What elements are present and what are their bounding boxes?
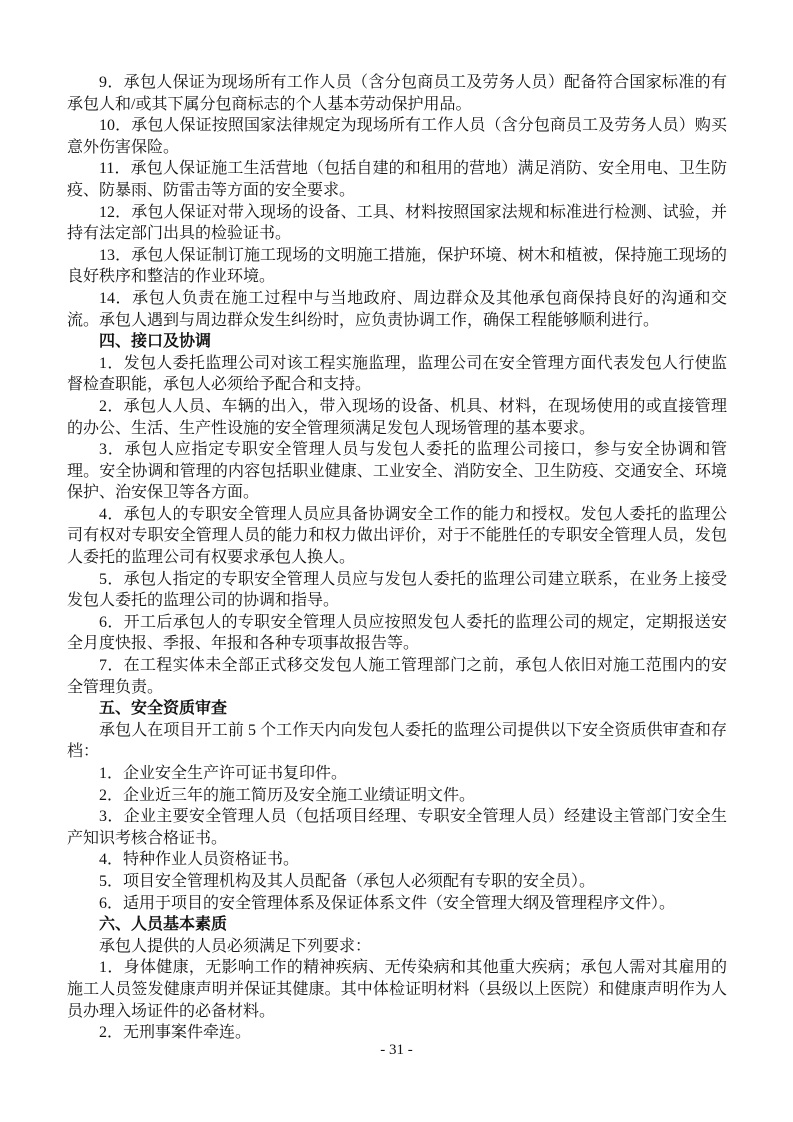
paragraph: 6．适用于项目的安全管理体系及保证体系文件（安全管理大纲及管理程序文件）。 <box>67 893 727 915</box>
section-heading: 六、人员基本素质 <box>67 914 727 936</box>
paragraph: 5．承包人指定的专职安全管理人员应与发包人委托的监理公司建立联系，在业务上接受发… <box>67 569 727 612</box>
paragraph: 4．承包人的专职安全管理人员应具备协调安全工作的能力和授权。发包人委托的监理公司… <box>67 504 727 569</box>
paragraph: 1．身体健康，无影响工作的精神疾病、无传染病和其他重大疾病；承包人需对其雇用的施… <box>67 957 727 1022</box>
section-heading: 四、接口及协调 <box>67 331 727 353</box>
page-number: - 31 - <box>0 1040 793 1060</box>
paragraph: 3．承包人应指定专职安全管理人员与发包人委托的监理公司接口，参与安全协调和管理。… <box>67 439 727 504</box>
paragraph: 12．承包人保证对带入现场的设备、工具、材料按照国家法规和标准进行检测、试验，并… <box>67 202 727 245</box>
document-page: 9．承包人保证为现场所有工作人员（含分包商员工及劳务人员）配备符合国家标准的有承… <box>0 0 793 1122</box>
paragraph: 7．在工程实体未全部正式移交发包人施工管理部门之前，承包人依旧对施工范围内的安全… <box>67 655 727 698</box>
paragraph: 14．承包人负责在施工过程中与当地政府、周边群众及其他承包商保持良好的沟通和交流… <box>67 288 727 331</box>
paragraph: 承包人提供的人员必须满足下列要求： <box>67 936 727 958</box>
paragraph: 5．项目安全管理机构及其人员配备（承包人必须配有专职的安全员）。 <box>67 871 727 893</box>
document-body: 9．承包人保证为现场所有工作人员（含分包商员工及劳务人员）配备符合国家标准的有承… <box>67 72 727 1044</box>
paragraph: 2．承包人人员、车辆的出入，带入现场的设备、机具、材料，在现场使用的或直接管理的… <box>67 396 727 439</box>
paragraph: 13．承包人保证制订施工现场的文明施工措施，保护环境、树木和植被，保持施工现场的… <box>67 245 727 288</box>
paragraph: 6．开工后承包人的专职安全管理人员应按照发包人委托的监理公司的规定，定期报送安全… <box>67 612 727 655</box>
paragraph: 1．发包人委托监理公司对该工程实施监理，监理公司在安全管理方面代表发包人行使监督… <box>67 353 727 396</box>
paragraph: 9．承包人保证为现场所有工作人员（含分包商员工及劳务人员）配备符合国家标准的有承… <box>67 72 727 115</box>
paragraph: 承包人在项目开工前 5 个工作天内向发包人委托的监理公司提供以下安全资质供审查和… <box>67 720 727 763</box>
paragraph: 2．企业近三年的施工简历及安全施工业绩证明文件。 <box>67 785 727 807</box>
paragraph: 1．企业安全生产许可证书复印件。 <box>67 763 727 785</box>
section-heading: 五、安全资质审查 <box>67 698 727 720</box>
paragraph: 4．特种作业人员资格证书。 <box>67 849 727 871</box>
paragraph: 11．承包人保证施工生活营地（包括自建的和租用的营地）满足消防、安全用电、卫生防… <box>67 158 727 201</box>
paragraph: 10．承包人保证按照国家法律规定为现场所有工作人员（含分包商员工及劳务人员）购买… <box>67 115 727 158</box>
paragraph: 3．企业主要安全管理人员（包括项目经理、专职安全管理人员）经建设主管部门安全生产… <box>67 806 727 849</box>
